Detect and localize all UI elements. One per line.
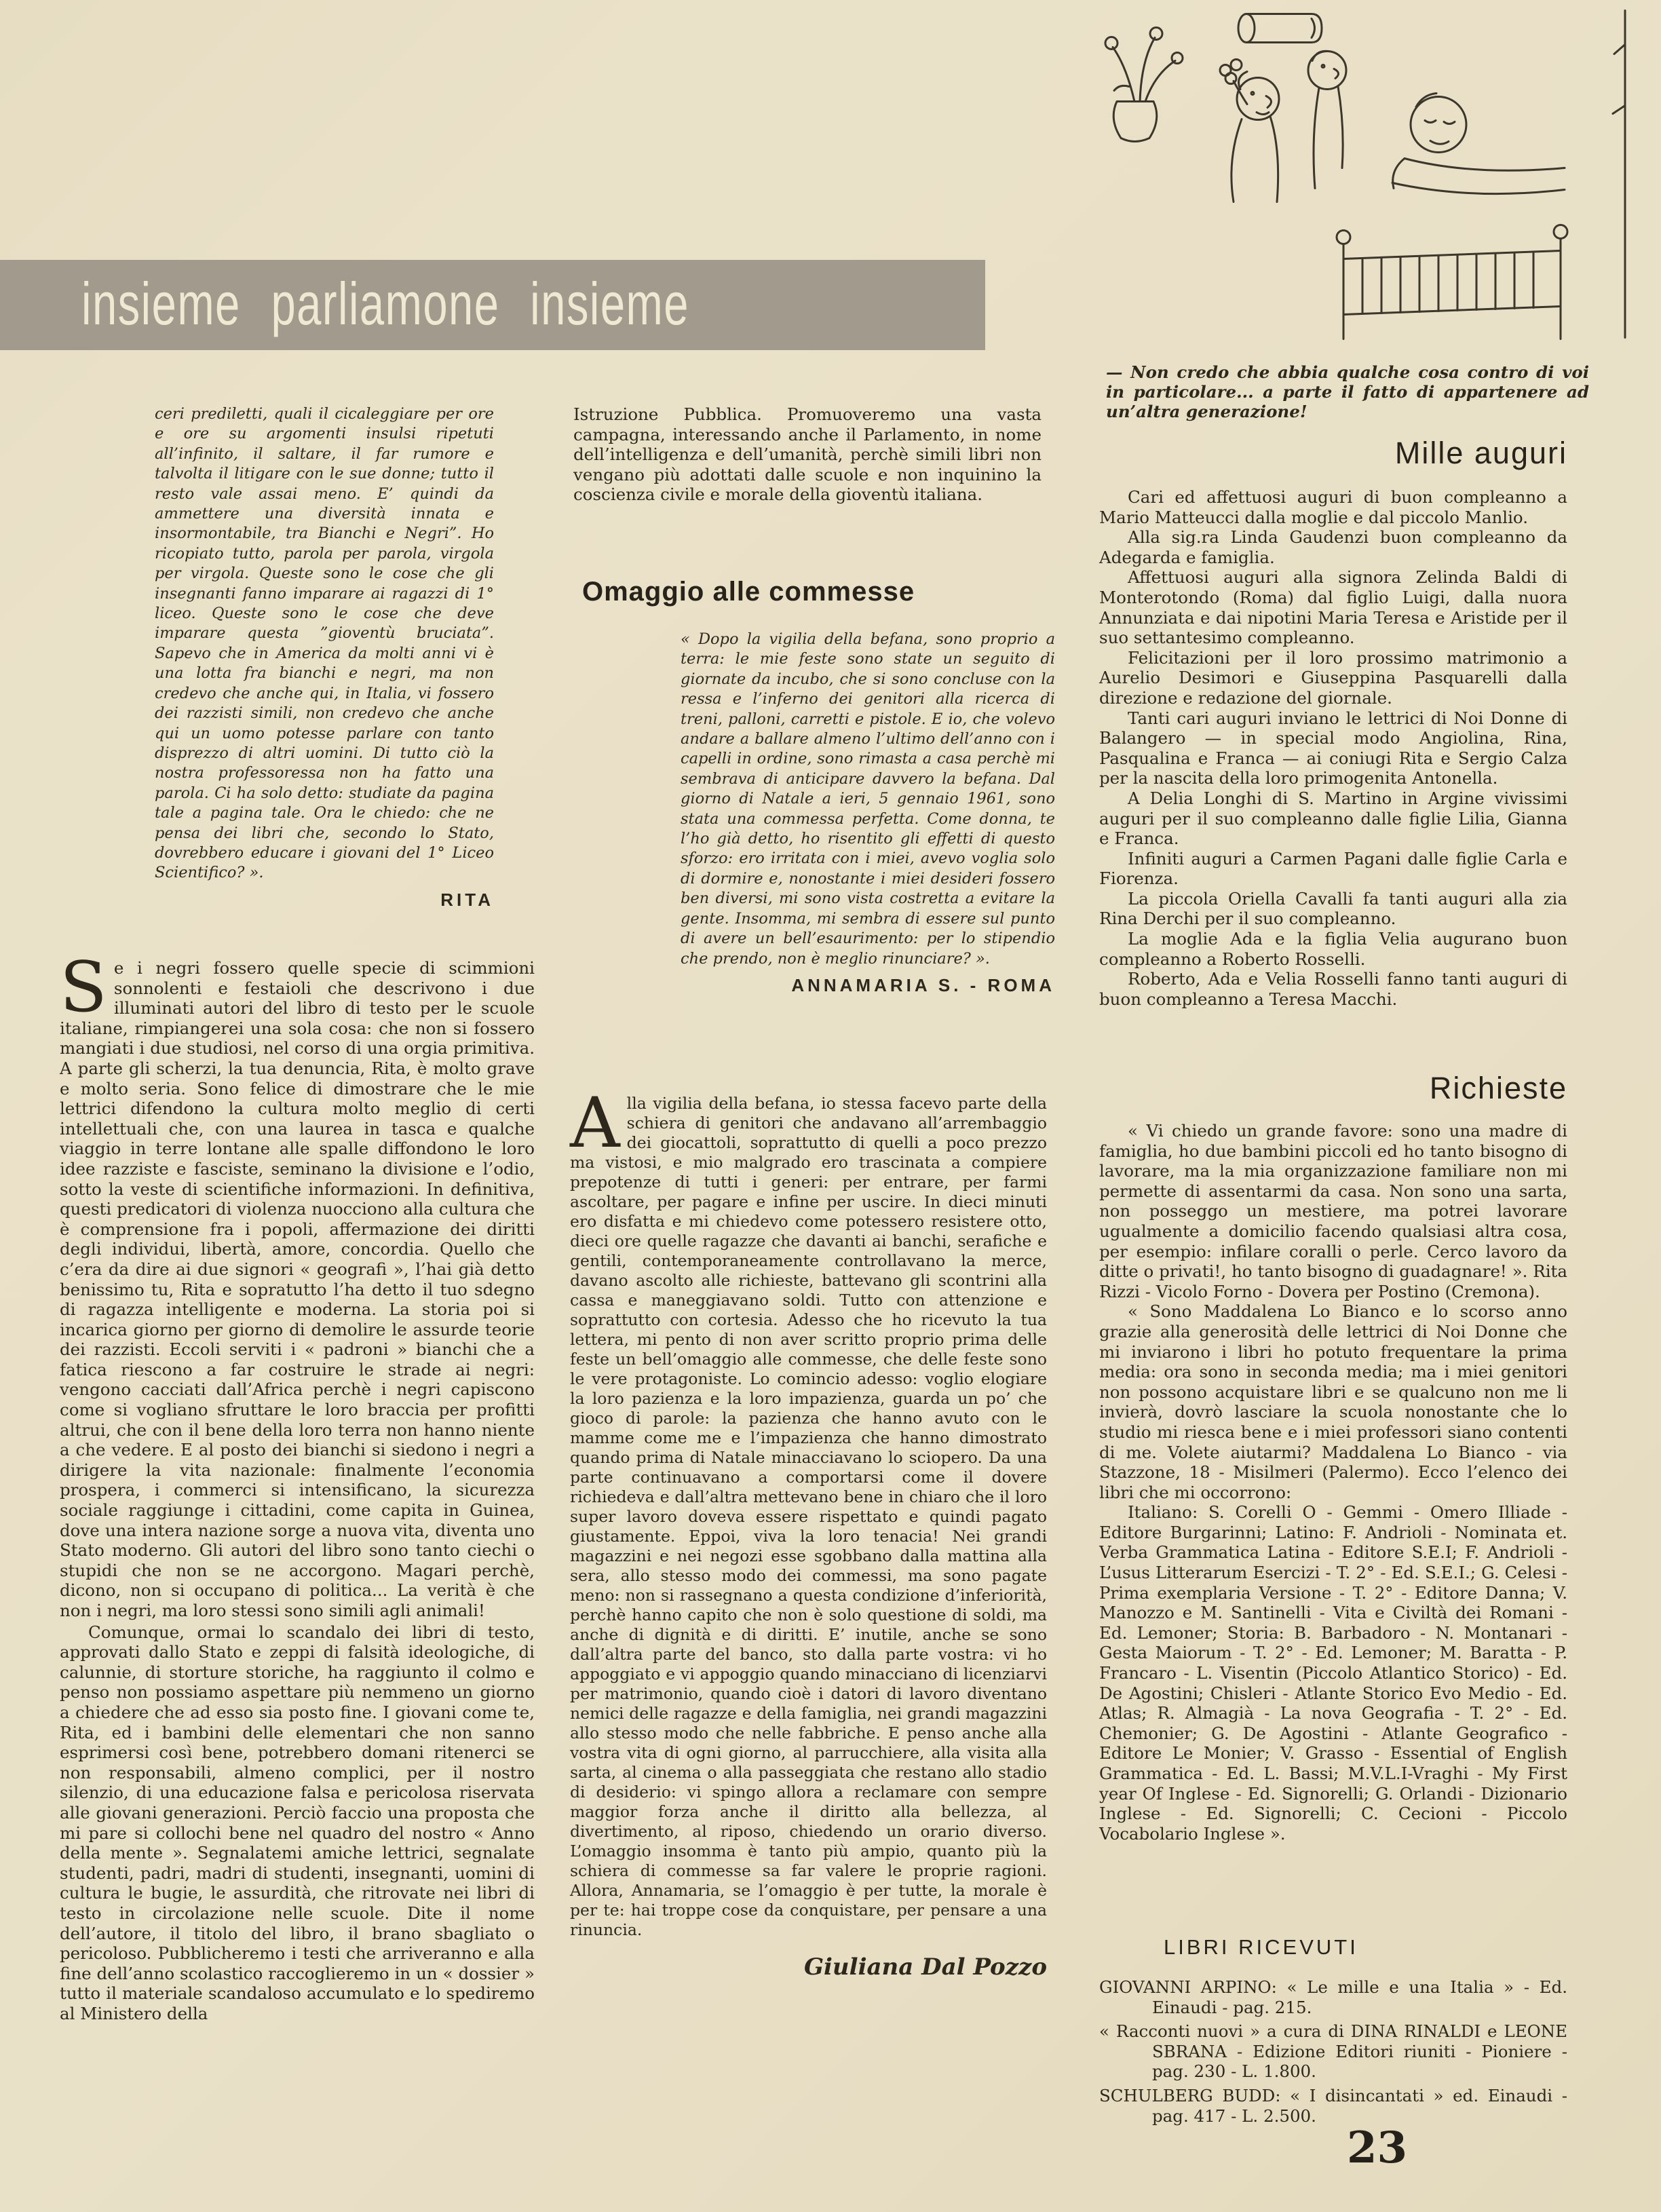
reply-paragraph: Se i negri fossero quelle specie di scim…: [60, 958, 535, 1621]
reply-paragraph: Alla vigilia della befana, io stessa fac…: [570, 1094, 1047, 1940]
book-request-list: Italiano: S. Corelli O - Gemmi - Omero I…: [1099, 1502, 1567, 1844]
auguri-item: Alla sig.ra Linda Gaudenzi buon complean…: [1099, 527, 1567, 567]
reply-continuation: Istruzione Pubblica. Promuoveremo una va…: [573, 404, 1042, 505]
letter-signature: ANNAMARIA S. - ROMA: [681, 976, 1055, 995]
libri-entry: SCHULBERG BUDD: « I disincantati » ed. E…: [1099, 2086, 1567, 2126]
auguri-item: La piccola Oriella Cavalli fa tanti augu…: [1099, 889, 1567, 929]
section-mille-auguri: Mille auguri Cari ed affettuosi auguri d…: [1099, 436, 1567, 1009]
richieste-item: « Vi chiedo un grande favore: sono una m…: [1099, 1121, 1567, 1301]
auguri-item: Tanti cari auguri inviano le lettrici di…: [1099, 708, 1567, 788]
libri-entry: GIOVANNI ARPINO: « Le mille e una Italia…: [1099, 1977, 1567, 2017]
auguri-item: Roberto, Ada e Velia Rosselli fanno tant…: [1099, 969, 1567, 1009]
auguri-item: La moglie Ada e la figlia Velia augurano…: [1099, 929, 1567, 969]
section-libri-ricevuti: LIBRI RICEVUTI GIOVANNI ARPINO: « Le mil…: [1099, 1935, 1567, 2130]
auguri-item: A Delia Longhi di S. Martino in Argine v…: [1099, 788, 1567, 849]
letter-text: « Dopo la vigilia della befana, sono pro…: [681, 630, 1055, 969]
section-heading-libri: LIBRI RICEVUTI: [1164, 1935, 1567, 1960]
reader-letter-rita: ceri prediletti, quali il cicaleggiare p…: [155, 404, 494, 910]
page-number: 23: [1347, 2122, 1407, 2173]
auguri-item: Felicitazioni per il loro prossimo matri…: [1099, 648, 1567, 708]
editor-signature: Giuliana Dal Pozzo: [570, 1958, 1047, 1977]
section-heading-richieste: Richieste: [1099, 1071, 1567, 1106]
masthead-banner: insieme parliamone insieme: [0, 260, 985, 350]
libri-entry: « Racconti nuovi » a cura di DINA RINALD…: [1099, 2021, 1567, 2082]
drop-cap: S: [60, 958, 114, 1014]
richieste-item: « Sono Maddalena Lo Bianco e lo scorso a…: [1099, 1301, 1567, 1502]
section-heading-auguri: Mille auguri: [1099, 436, 1567, 471]
auguri-item: Infiniti auguri a Carmen Pagani dalle fi…: [1099, 849, 1567, 889]
auguri-item: Cari ed affettuosi auguri di buon comple…: [1099, 487, 1567, 527]
letter-signature: RITA: [155, 890, 494, 910]
section-richieste: Richieste « Vi chiedo un grande favore: …: [1099, 1071, 1567, 1844]
cartoon-caption: — Non credo che abbia qualche cosa contr…: [1106, 362, 1589, 421]
auguri-item: Affettuosi auguri alla signora Zelinda B…: [1099, 567, 1567, 647]
section-heading-omaggio: Omaggio alle commesse: [582, 577, 915, 607]
reply-paragraph: Comunque, ormai lo scandalo dei libri di…: [60, 1622, 535, 2024]
drop-cap: A: [570, 1094, 627, 1149]
letter-text: ceri prediletti, quali il cicaleggiare p…: [155, 404, 494, 883]
page-title: insieme parliamone insieme: [81, 269, 689, 339]
editor-reply-rita: Se i negri fossero quelle specie di scim…: [60, 958, 535, 2023]
magazine-page: insieme parliamone insieme: [0, 0, 1661, 2212]
reader-letter-annamaria: « Dopo la vigilia della befana, sono pro…: [681, 630, 1055, 995]
editor-reply-annamaria: Alla vigilia della befana, io stessa fac…: [570, 1094, 1047, 1977]
cartoon-illustration: [1086, 3, 1635, 346]
